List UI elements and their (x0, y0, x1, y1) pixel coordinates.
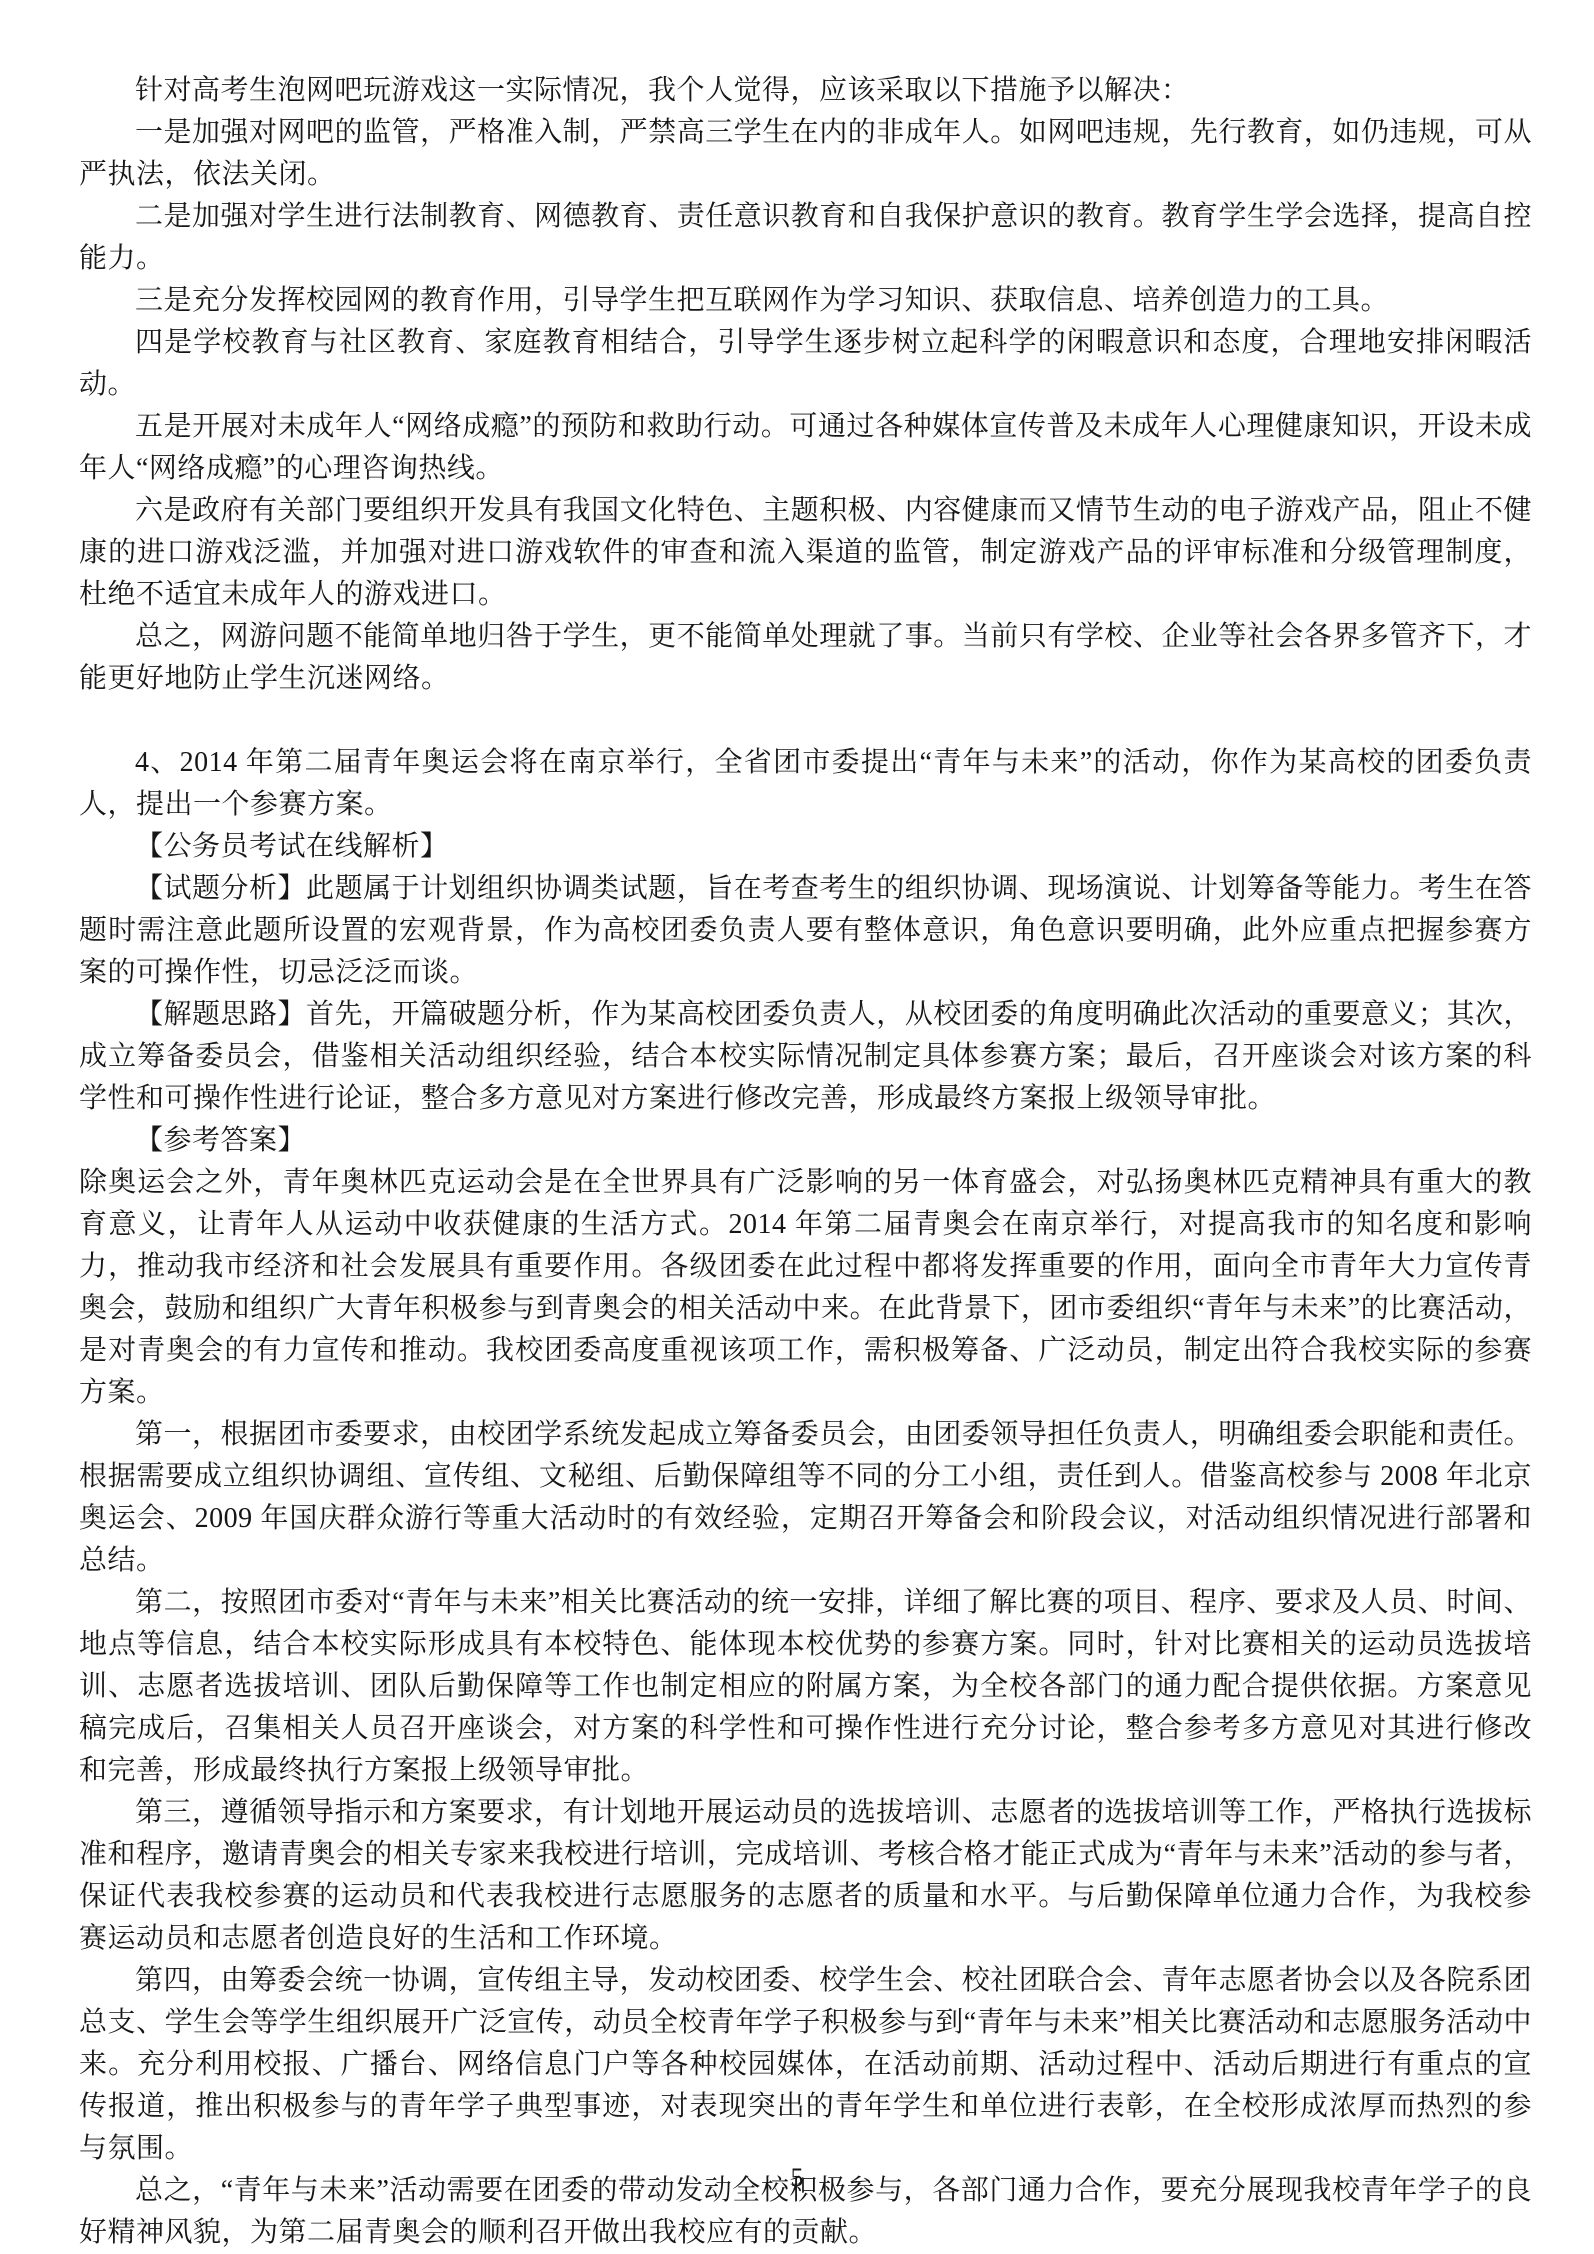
paragraph-answer-point-3: 第三，遵循领导指示和方案要求，有计划地开展运动员的选拔培训、志愿者的选拔培训等工… (79, 1792, 1532, 1960)
paragraph-measure-2: 二是加强对学生进行法制教育、网德教育、责任意识教育和自我保护意识的教育。教育学生… (79, 196, 1532, 280)
paragraph-answer-point-1: 第一，根据团市委要求，由校团学系统发起成立筹备委员会，由团委领导担任负责人，明确… (79, 1414, 1532, 1582)
paragraph-solution-approach: 【解题思路】首先，开篇破题分析，作为某高校团委负责人，从校团委的角度明确此次活动… (79, 994, 1532, 1120)
page-footer: 5 (0, 2160, 1594, 2196)
paragraph-measure-5: 五是开展对未成年人“网络成瘾”的预防和救助行动。可通过各种媒体宣传普及未成年人心… (79, 406, 1532, 490)
paragraph-answer-point-2: 第二，按照团市委对“青年与未来”相关比赛活动的统一安排，详细了解比赛的项目、程序… (79, 1582, 1532, 1792)
section-gap (79, 700, 1532, 742)
document-page: 针对高考生泡网吧玩游戏这一实际情况，我个人觉得，应该采取以下措施予以解决： 一是… (79, 70, 1532, 2254)
paragraph-answer-intro: 除奥运会之外，青年奥林匹克运动会是在全世界具有广泛影响的另一体育盛会，对弘扬奥林… (79, 1162, 1532, 1414)
paragraph-question-4: 4、2014 年第二届青年奥运会将在南京举行，全省团市委提出“青年与未来”的活动… (79, 742, 1532, 826)
paragraph-measure-3: 三是充分发挥校园网的教育作用，引导学生把互联网作为学习知识、获取信息、培养创造力… (79, 280, 1532, 322)
paragraph-analysis-source-header: 【公务员考试在线解析】 (79, 826, 1532, 868)
paragraph-question-analysis: 【试题分析】此题属于计划组织协调类试题，旨在考查考生的组织协调、现场演说、计划筹… (79, 868, 1532, 994)
paragraph-answer-point-4: 第四，由筹委会统一协调，宣传组主导，发动校团委、校学生会、校社团联合会、青年志愿… (79, 1960, 1532, 2170)
paragraph-reference-answer-header: 【参考答案】 (79, 1120, 1532, 1162)
page-number: 5 (791, 2163, 804, 2192)
paragraph-measure-6: 六是政府有关部门要组织开发具有我国文化特色、主题积极、内容健康而又情节生动的电子… (79, 490, 1532, 616)
paragraph-measures-summary: 总之，网游问题不能简单地归咎于学生，更不能简单处理就了事。当前只有学校、企业等社… (79, 616, 1532, 700)
paragraph-measure-4: 四是学校教育与社区教育、家庭教育相结合，引导学生逐步树立起科学的闲暇意识和态度，… (79, 322, 1532, 406)
paragraph-measure-1: 一是加强对网吧的监管，严格准入制，严禁高三学生在内的非成年人。如网吧违规，先行教… (79, 112, 1532, 196)
paragraph-measures-intro: 针对高考生泡网吧玩游戏这一实际情况，我个人觉得，应该采取以下措施予以解决： (79, 70, 1532, 112)
